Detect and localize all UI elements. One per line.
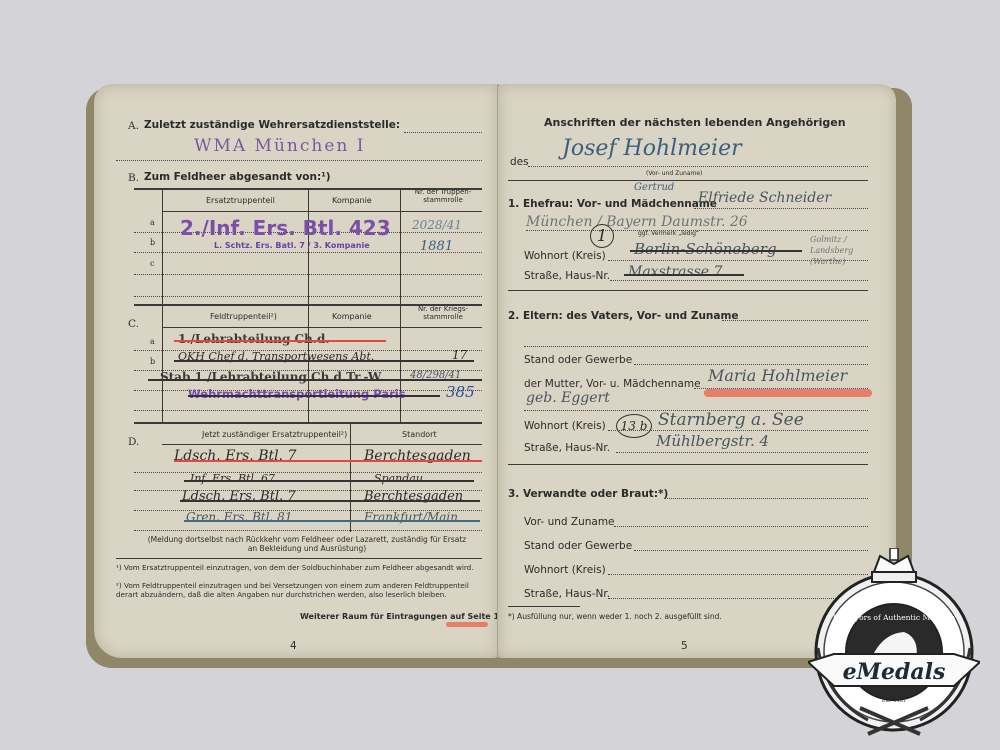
section-d-label: D. (128, 436, 139, 448)
verwandte-name-label: Vor- und Zuname (524, 516, 615, 528)
d-unit-4: Gren. Ers. Btl. 81 (186, 510, 292, 524)
b-unit-stamp-a: 2./Inf. Ers. Btl. 423 (180, 216, 391, 240)
verwandte-label: 3. Verwandte oder Braut:*) (508, 488, 668, 500)
ehefrau-circle-mark: 1 (590, 224, 614, 248)
vater-stand-label: Stand oder Gewerbe (524, 354, 632, 366)
emedals-crest-icon: Purveyors of Authentic Militaria eMedals… (808, 548, 980, 738)
b-row-b: b (150, 238, 155, 247)
ehefrau-strasse-label: Straße, Haus-Nr. (524, 270, 610, 282)
page-number-4: 4 (290, 640, 297, 652)
d-location-3: Berchtesgaden (364, 489, 463, 504)
b-number-a: 2028/41 (412, 218, 462, 232)
footnote-2: ²) Vom Feldtruppenteil einzutragen und b… (116, 581, 482, 599)
ehefrau-side-note: Golmitz / Landsberg (Warthe) (810, 234, 882, 267)
d-col-ersatztruppenteil: Jetzt zuständiger Ersatztruppenteil²) (202, 430, 347, 439)
section-a-label: A. (128, 120, 139, 132)
c-row-a: a (150, 337, 155, 346)
ehefrau-first-name-correction: Gertrud (634, 182, 674, 193)
d-note: (Meldung dortselbst nach Rückkehr vom Fe… (142, 535, 472, 553)
soldbuch-open-spread: A. Zuletzt zuständige Wehrersatzdienstst… (86, 84, 912, 668)
d-col-standort: Standort (402, 430, 437, 439)
wma-stamp: WMA München I (194, 136, 365, 156)
d-unit-2: Inf. Ers. Btl. 67 (190, 472, 275, 485)
eltern-label: 2. Eltern: des Vaters, Vor- und Zuname (508, 310, 739, 322)
verwandte-stand-label: Stand oder Gewerbe (524, 540, 632, 552)
section-a-title: Zuletzt zuständige Wehrersatzdienststell… (144, 119, 400, 131)
logo-brand: eMedals (843, 659, 946, 685)
ehefrau-wohnort-label: Wohnort (Kreis) (524, 250, 606, 262)
des-label: des (510, 156, 529, 168)
b-row-c: c (150, 259, 154, 268)
b-col-stammrolle: Nr. der Truppen-stammrolle (404, 188, 482, 204)
section-b-label: B. (128, 172, 139, 184)
logo-ring-text: Purveyors of Authentic Militaria (833, 613, 956, 622)
verwandte-wohnort-label: Wohnort (Kreis) (524, 564, 606, 576)
ehefrau-extra-address: München / Bayern Daumstr. 26 (526, 214, 748, 230)
c-col-kompanie: Kompanie (332, 312, 372, 321)
mutter-strasse-label: Straße, Haus-Nr. (524, 442, 610, 454)
mutter-name: Maria Hohlmeier (708, 366, 847, 385)
verwandte-footnote: *) Ausfüllung nur, wenn weder 1. noch 2.… (508, 612, 722, 621)
more-space-note: Weiterer Raum für Eintragungen auf Seite… (300, 612, 508, 621)
ehefrau-name: Elfriede Schneider (698, 190, 831, 206)
b-col-kompanie: Kompanie (332, 196, 372, 205)
d-location-4: Frankfurt/Main (364, 510, 458, 524)
mutter-wohnort: Starnberg a. See (658, 410, 804, 430)
logo-est: Est. 1981 (882, 698, 906, 704)
c-unit-stamp-paris: Wehrmachttransportleitung Paris (188, 387, 406, 401)
section-c-label: C. (128, 318, 139, 330)
mutter-wohnort-label: Wohnort (Kreis) (524, 420, 606, 432)
c-col-kriegsstammrolle: Nr. der Kriegs-stammrolle (404, 305, 482, 321)
b-number-b: 1881 (420, 239, 453, 254)
b-col-ersatztruppenteil: Ersatztruppenteil (206, 196, 275, 205)
c-col-feldtruppenteil: Feldtruppenteil²) (210, 312, 277, 321)
mutter-label: der Mutter, Vor- u. Mädchenname (524, 378, 701, 390)
c-unit-stab: Stab 1./Lehrabteilung Ch.d.Tr.-W. (160, 370, 384, 384)
des-name: Josef Hohlmeier (562, 136, 742, 161)
c-unit-a: 1./Lehrabteilung Ch.d. (178, 332, 330, 346)
mutter-strasse: Mühlbergstr. 4 (656, 432, 769, 450)
page-number-5: 5 (681, 640, 688, 652)
ehefrau-caption: ggf. Vermerk „ledig“ (638, 230, 699, 237)
b-unit-stamp-b: L. Schtz. Ers. Batl. 7 / 3. Kompanie (214, 241, 370, 250)
ehefrau-wohnort: Berlin-Schöneberg (634, 240, 777, 258)
ehefrau-strasse: Maxstrasse 7 (628, 264, 722, 280)
b-row-a: a (150, 218, 155, 227)
mutter-maiden-name: geb. Eggert (526, 390, 610, 406)
c-number-paris: 385 (446, 383, 475, 401)
c-row-b: b (150, 357, 155, 366)
ehefrau-label: 1. Ehefrau: Vor- und Mädchenname (508, 198, 717, 210)
d-location-2: Spandau (374, 472, 423, 485)
des-caption: (Vor- und Zuname) (646, 170, 702, 177)
mutter-circle-mark: 13 b (616, 414, 652, 438)
emedals-watermark-logo: Purveyors of Authentic Militaria eMedals… (808, 548, 980, 738)
right-page-title: Anschriften der nächsten lebenden Angehö… (544, 116, 846, 129)
footnote-1: ¹) Vom Ersatztruppenteil einzutragen, vo… (116, 563, 482, 572)
d-unit-3: Ldsch. Ers. Btl. 7 (182, 489, 296, 504)
verwandte-strasse-label: Straße, Haus-Nr. (524, 588, 610, 600)
page-4: A. Zuletzt zuständige Wehrersatzdienstst… (94, 84, 498, 658)
section-b-title: Zum Feldheer abgesandt von:¹) (144, 171, 331, 183)
